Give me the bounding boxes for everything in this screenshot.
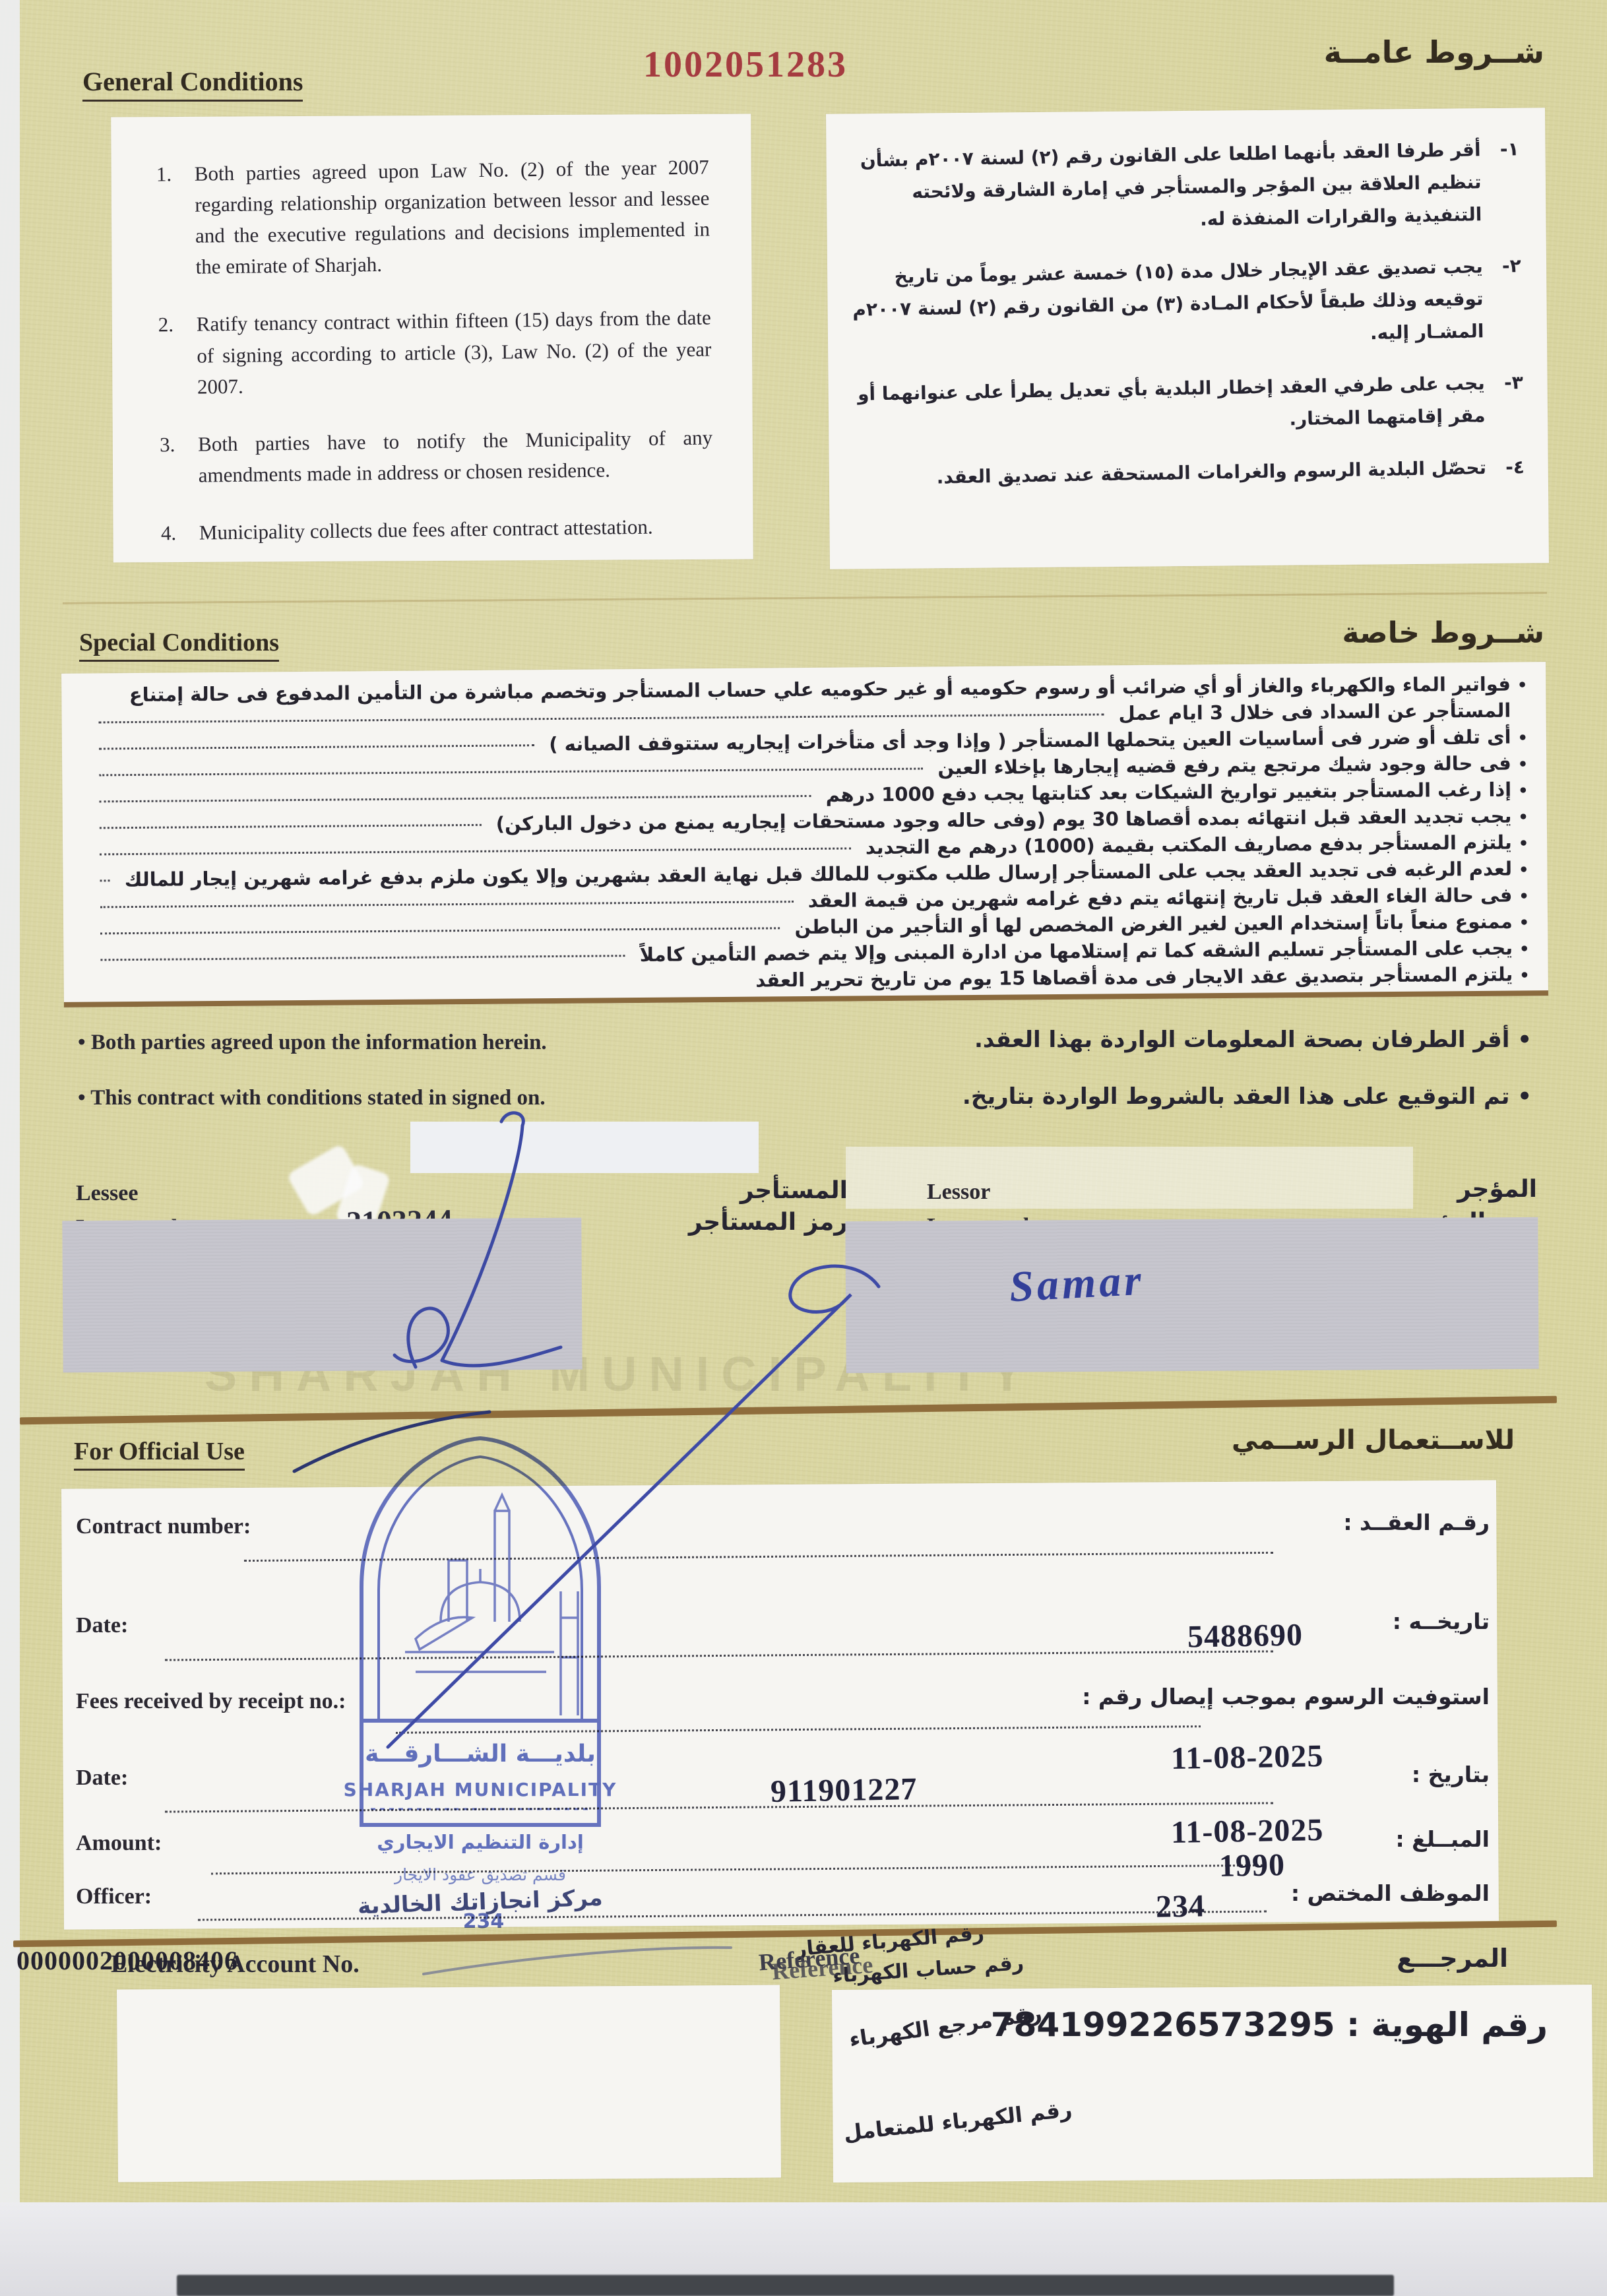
scan-edge-left (0, 0, 20, 2202)
list-item: 2.Ratify tenancy contract within fifteen… (158, 302, 712, 402)
official-use-title-ar: للاســتعمال الرســمي (1232, 1425, 1515, 1455)
list-item: ١-أقر طرفا العقد بأنهما اطلعا على القانو… (844, 133, 1520, 241)
mosque-sketch-icon (405, 1495, 578, 1715)
bottom-left-box (117, 1985, 781, 2182)
list-item: ٢-يجب تصديق عقد الإيجار خلال مدة (١٥) خم… (846, 249, 1522, 358)
officer-code-value: 234 (1156, 1888, 1206, 1925)
bullet-icon: • (1517, 728, 1528, 747)
item-number: 3. (160, 428, 199, 491)
special-conditions-title-en: Special Conditions (79, 628, 279, 662)
lessor-signature-box (845, 1217, 1538, 1373)
bullet-icon: • (1518, 755, 1528, 773)
dotted-leader (101, 982, 741, 988)
special-conditions-list: •فواتير الماء والكهرباء والغاز أو أي ضرا… (61, 662, 1548, 1001)
bullet-icon: • (78, 1086, 86, 1110)
bullet-icon: • (1517, 1027, 1532, 1053)
lessor-label-ar: المؤجر (1457, 1176, 1537, 1203)
item-number: 4. (161, 517, 200, 549)
dotted-leader (100, 927, 780, 934)
lessee-signature-box (62, 1218, 582, 1373)
document-number: 1002051283 (643, 44, 848, 86)
dotted-leader (100, 955, 625, 961)
stamp-number: 234 (463, 1910, 505, 1930)
amount-value: 1990 (1219, 1847, 1286, 1884)
item-text: يجب تصديق عقد الإيجار خلال مدة (١٥) خمسة… (846, 250, 1484, 358)
agreement-text: This contract with conditions stated in … (90, 1086, 545, 1110)
date-label-ar: تاريخــه : (1393, 1609, 1490, 1634)
general-conditions-title-en: General Conditions (82, 66, 303, 102)
amount-label-ar: المبــلغ : (1395, 1826, 1490, 1852)
officer-label-ar: الموظف المختص : (1291, 1880, 1490, 1906)
scanned-contract-page: 1002051283 General Conditions شــروط عام… (0, 0, 1607, 2296)
item-text: أقر طرفا العقد بأنهما اطلعا على القانون … (844, 133, 1482, 241)
general-conditions-title-ar: شــروط عامــة (1324, 34, 1544, 70)
municipality-stamp: بلديـــة الشـــارقـــة SHARJAH MUNICIPAL… (342, 1419, 619, 1930)
stamp-arch-inner (379, 1457, 582, 1721)
date2-label: Date: (76, 1766, 128, 1791)
official-use-title-en: For Official Use (74, 1437, 245, 1471)
dotted-leader (100, 901, 794, 908)
agreement-text: Both parties agreed upon the information… (91, 1031, 547, 1054)
lessor-signature: Samar (1008, 1256, 1145, 1313)
reference-label-ar: المرجـــع (1397, 1944, 1508, 1973)
item-text: Both parties have to notify the Municipa… (198, 422, 713, 490)
stamp-name-en: SHARJAH MUNICIPALITY (344, 1779, 617, 1801)
line-text: ممنوع منعاً باتاً إستخدام العين لغير الغ… (794, 910, 1512, 939)
agreement-line-en: • This contract with conditions stated i… (78, 1086, 546, 1110)
bullet-icon: • (1519, 860, 1529, 879)
item-text: يجب على طرفي العقد إخطار البلدية بأي تعد… (848, 367, 1486, 443)
list-item: ٣-يجب على طرفي العقد إخطار البلدية بأي ت… (848, 366, 1524, 443)
reference-number-value: 911901227 (771, 1771, 918, 1810)
contract-number-label: Contract number: (76, 1514, 251, 1539)
stamp-frame (362, 1721, 599, 1825)
bullet-icon: • (1518, 781, 1528, 800)
item-text: Ratify tenancy contract within fifteen (… (196, 302, 712, 402)
item-text: Municipality collects due fees after con… (199, 510, 714, 548)
stamp-section-ar: قسم تصديق عقود الايجار (393, 1865, 566, 1885)
lessee-code-label-ar: رمز المستأجر (689, 1209, 848, 1236)
agreement-text: تم التوقيع على هذا العقد بالشروط الواردة… (962, 1083, 1510, 1110)
list-item: 4.Municipality collects due fees after c… (161, 510, 714, 548)
general-conditions-list-ar: ١-أقر طرفا العقد بأنهما اطلعا على القانو… (825, 105, 1550, 495)
dotted-leader (99, 768, 923, 777)
stamp-name-ar: بلديـــة الشـــارقـــة (365, 1740, 596, 1768)
bullet-icon: • (1519, 834, 1529, 852)
list-item: 3.Both parties have to notify the Munici… (160, 422, 713, 491)
line-text: يلتزم المستأجر بدفع مصاريف المكتب بقيمة … (866, 831, 1512, 859)
list-item: 1.Both parties agreed upon Law No. (2) o… (156, 151, 710, 282)
bullet-icon: • (1519, 913, 1530, 932)
item-number: 2. (158, 309, 197, 402)
bullet-icon: • (78, 1031, 86, 1054)
item-number: 1. (156, 158, 195, 283)
agreement-text: أقر الطرفان بصحة المعلومات الواردة بهذا … (974, 1027, 1509, 1053)
dotted-leader (100, 847, 851, 855)
officer-label: Officer: (76, 1884, 152, 1909)
lessee-label: Lessee (76, 1181, 138, 1206)
line-text: إذا رغب المستأجر بتغيير تواريخ الشيكات ب… (826, 779, 1512, 806)
scanner-edge (177, 2275, 1394, 2296)
date2-label-ar: بتاريخ : (1412, 1762, 1490, 1787)
lessor-label: Lessor (927, 1180, 990, 1205)
special-conditions-title-ar: شــروط خاصة (1342, 616, 1544, 650)
dotted-leader (100, 795, 811, 802)
dotted-leader (100, 824, 482, 829)
amount-label: Amount: (76, 1831, 162, 1856)
general-conditions-list-en: 1.Both parties agreed upon Law No. (2) o… (110, 112, 755, 550)
special-conditions-box: •فواتير الماء والكهرباء والغاز أو أي ضرا… (61, 662, 1548, 1007)
date-label: Date: (76, 1613, 128, 1638)
electricity-account-number: 0000002000008406 (16, 1945, 238, 1976)
identity-number-line: رقم الهوية : 784199226573295 (991, 2006, 1548, 2044)
bullet-icon: • (1517, 676, 1528, 694)
lessee-label-ar: المستأجر (740, 1177, 848, 1204)
item-number: ٣- (1484, 366, 1524, 431)
list-item: ٤-تحصّل البلدية الرسوم والغرامات المستحق… (850, 451, 1525, 495)
agreement-line-ar: • أقر الطرفان بصحة المعلومات الواردة بهذ… (974, 1027, 1532, 1053)
line-text: فى حالة الغاء العقد قبل تاريخ إنتهائه يت… (808, 884, 1513, 912)
line-text: فى حالة وجود شيك مرتجع يتم رفع قضيه إيجا… (937, 752, 1511, 779)
date2-value: 11-08-2025 (1171, 1812, 1324, 1851)
whiteout-patch (410, 1122, 759, 1173)
contract-number-label-ar: رقـم العقــد : (1343, 1510, 1490, 1535)
bullet-icon: • (1518, 808, 1528, 826)
fees-receipt-label-ar: استوفيت الرسوم بموجب إيصال رقم : (1082, 1684, 1490, 1709)
item-number: ١- (1480, 133, 1521, 230)
receipt-date-value: 11-08-2025 (1171, 1738, 1324, 1777)
item-number: ٤- (1486, 451, 1525, 484)
dotted-leader (99, 744, 534, 749)
item-text: Both parties agreed upon Law No. (2) of … (194, 151, 710, 282)
item-number: ٢- (1482, 249, 1523, 347)
bullet-icon: • (1519, 887, 1529, 905)
receipt-number-value: 5488690 (1187, 1616, 1304, 1655)
item-text: تحصّل البلدية الرسوم والغرامات المستحقة … (850, 451, 1487, 495)
fees-receipt-label: Fees received by receipt no.: (76, 1689, 346, 1714)
stamp-department-ar: إدارة التنظيم الايجاري (377, 1831, 584, 1854)
general-conditions-box-ar: ١-أقر طرفا العقد بأنهما اطلعا على القانو… (826, 108, 1549, 569)
agreement-line-en: • Both parties agreed upon the informati… (78, 1031, 547, 1055)
bullet-icon: • (1519, 966, 1530, 984)
dotted-leader (100, 879, 110, 881)
general-conditions-box-en: 1.Both parties agreed upon Law No. (2) o… (111, 113, 753, 562)
line-text: المستأجر عن السداد فى خلال 3 ايام عمل (1118, 699, 1511, 725)
dotted-leader (99, 713, 1104, 723)
agreement-line-ar: • تم التوقيع على هذا العقد بالشروط الوار… (962, 1083, 1532, 1110)
bullet-icon: • (1519, 940, 1530, 958)
bullet-icon: • (1517, 1083, 1532, 1110)
